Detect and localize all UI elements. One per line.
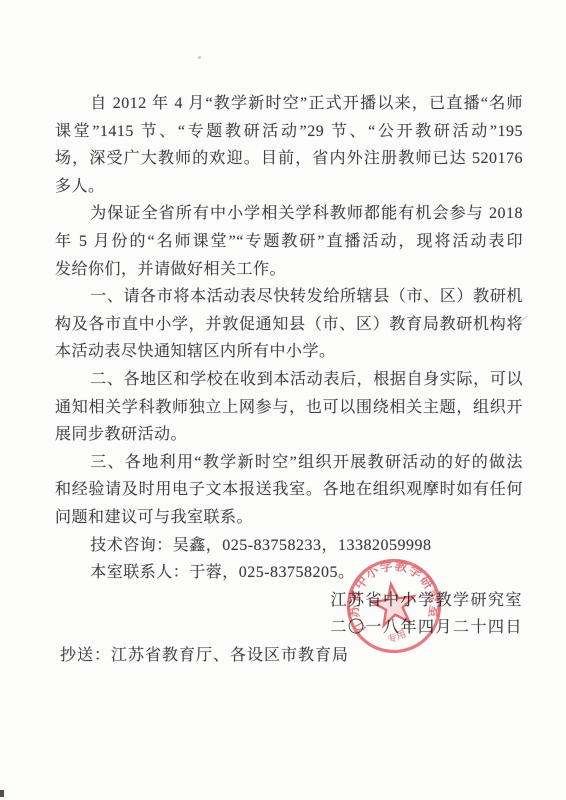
text-line: 江苏省中小学教学研究室 <box>55 587 523 615</box>
text-line: 多人。 <box>55 173 523 201</box>
text-line: 课堂”1415 节、“专题教研活动”29 节、“公开教研活动”195 <box>55 118 523 146</box>
text-line: 展同步教研活动。 <box>55 421 523 449</box>
text-line: 二、各地区和学校在收到本活动表后，根据自身实际，可以 <box>55 366 523 394</box>
official-red-seal: 江苏省中小学教学研究室 专用 <box>338 550 451 663</box>
text-line: 技术咨询：吴鑫，025-83758233，13382059998 <box>55 532 523 560</box>
text-line: 本活动表尽快通知辖区内所有中小学。 <box>55 338 523 366</box>
text-line: 和经验请及时用电子文本报送我室。各地在组织观摩时如有任何 <box>55 476 523 504</box>
scan-edge-mark <box>0 790 4 797</box>
cc-line: 抄送：江苏省教育厅、各设区市教育局 <box>55 642 523 670</box>
text-line: 发给你们，并请做好相关工作。 <box>55 256 523 284</box>
text-line: 自 2012 年 4 月“教学新时空”正式开播以来，已直播“名师 <box>55 90 523 118</box>
scan-speck <box>198 56 201 59</box>
text-line: 二〇一八年四月二十四日 <box>55 614 523 642</box>
text-line: 问题和建议可与我室联系。 <box>55 504 523 532</box>
text-line: 本室联系人：于蓉，025-83758205。 <box>55 559 523 587</box>
text-line: 年 5 月份的“名师课堂”“专题教研”直播活动，现将活动表印 <box>55 228 523 256</box>
seal-star-icon <box>370 581 417 626</box>
text-line: 三、各地利用“教学新时空”组织开展教研活动的好的做法 <box>55 449 523 477</box>
document-body: 自 2012 年 4 月“教学新时空”正式开播以来，已直播“名师课堂”1415 … <box>55 90 523 669</box>
scanned-document-page: 自 2012 年 4 月“教学新时空”正式开播以来，已直播“名师课堂”1415 … <box>0 0 566 800</box>
seal-bottom-text: 专用 <box>386 628 408 646</box>
text-line: 场，深受广大教师的欢迎。目前，省内外注册教师已达 520176 <box>55 145 523 173</box>
text-line: 构及各市直中小学，并敦促通知县（市、区）教育局教研机构将 <box>55 311 523 339</box>
text-line: 通知相关学科教师独立上网参与，也可以围绕相关主题，组织开 <box>55 394 523 422</box>
text-line: 一、请各市将本活动表尽快转发给所辖县（市、区）教研机 <box>55 283 523 311</box>
text-line: 为保证全省所有中小学相关学科教师都能有机会参与 2018 <box>55 200 523 228</box>
